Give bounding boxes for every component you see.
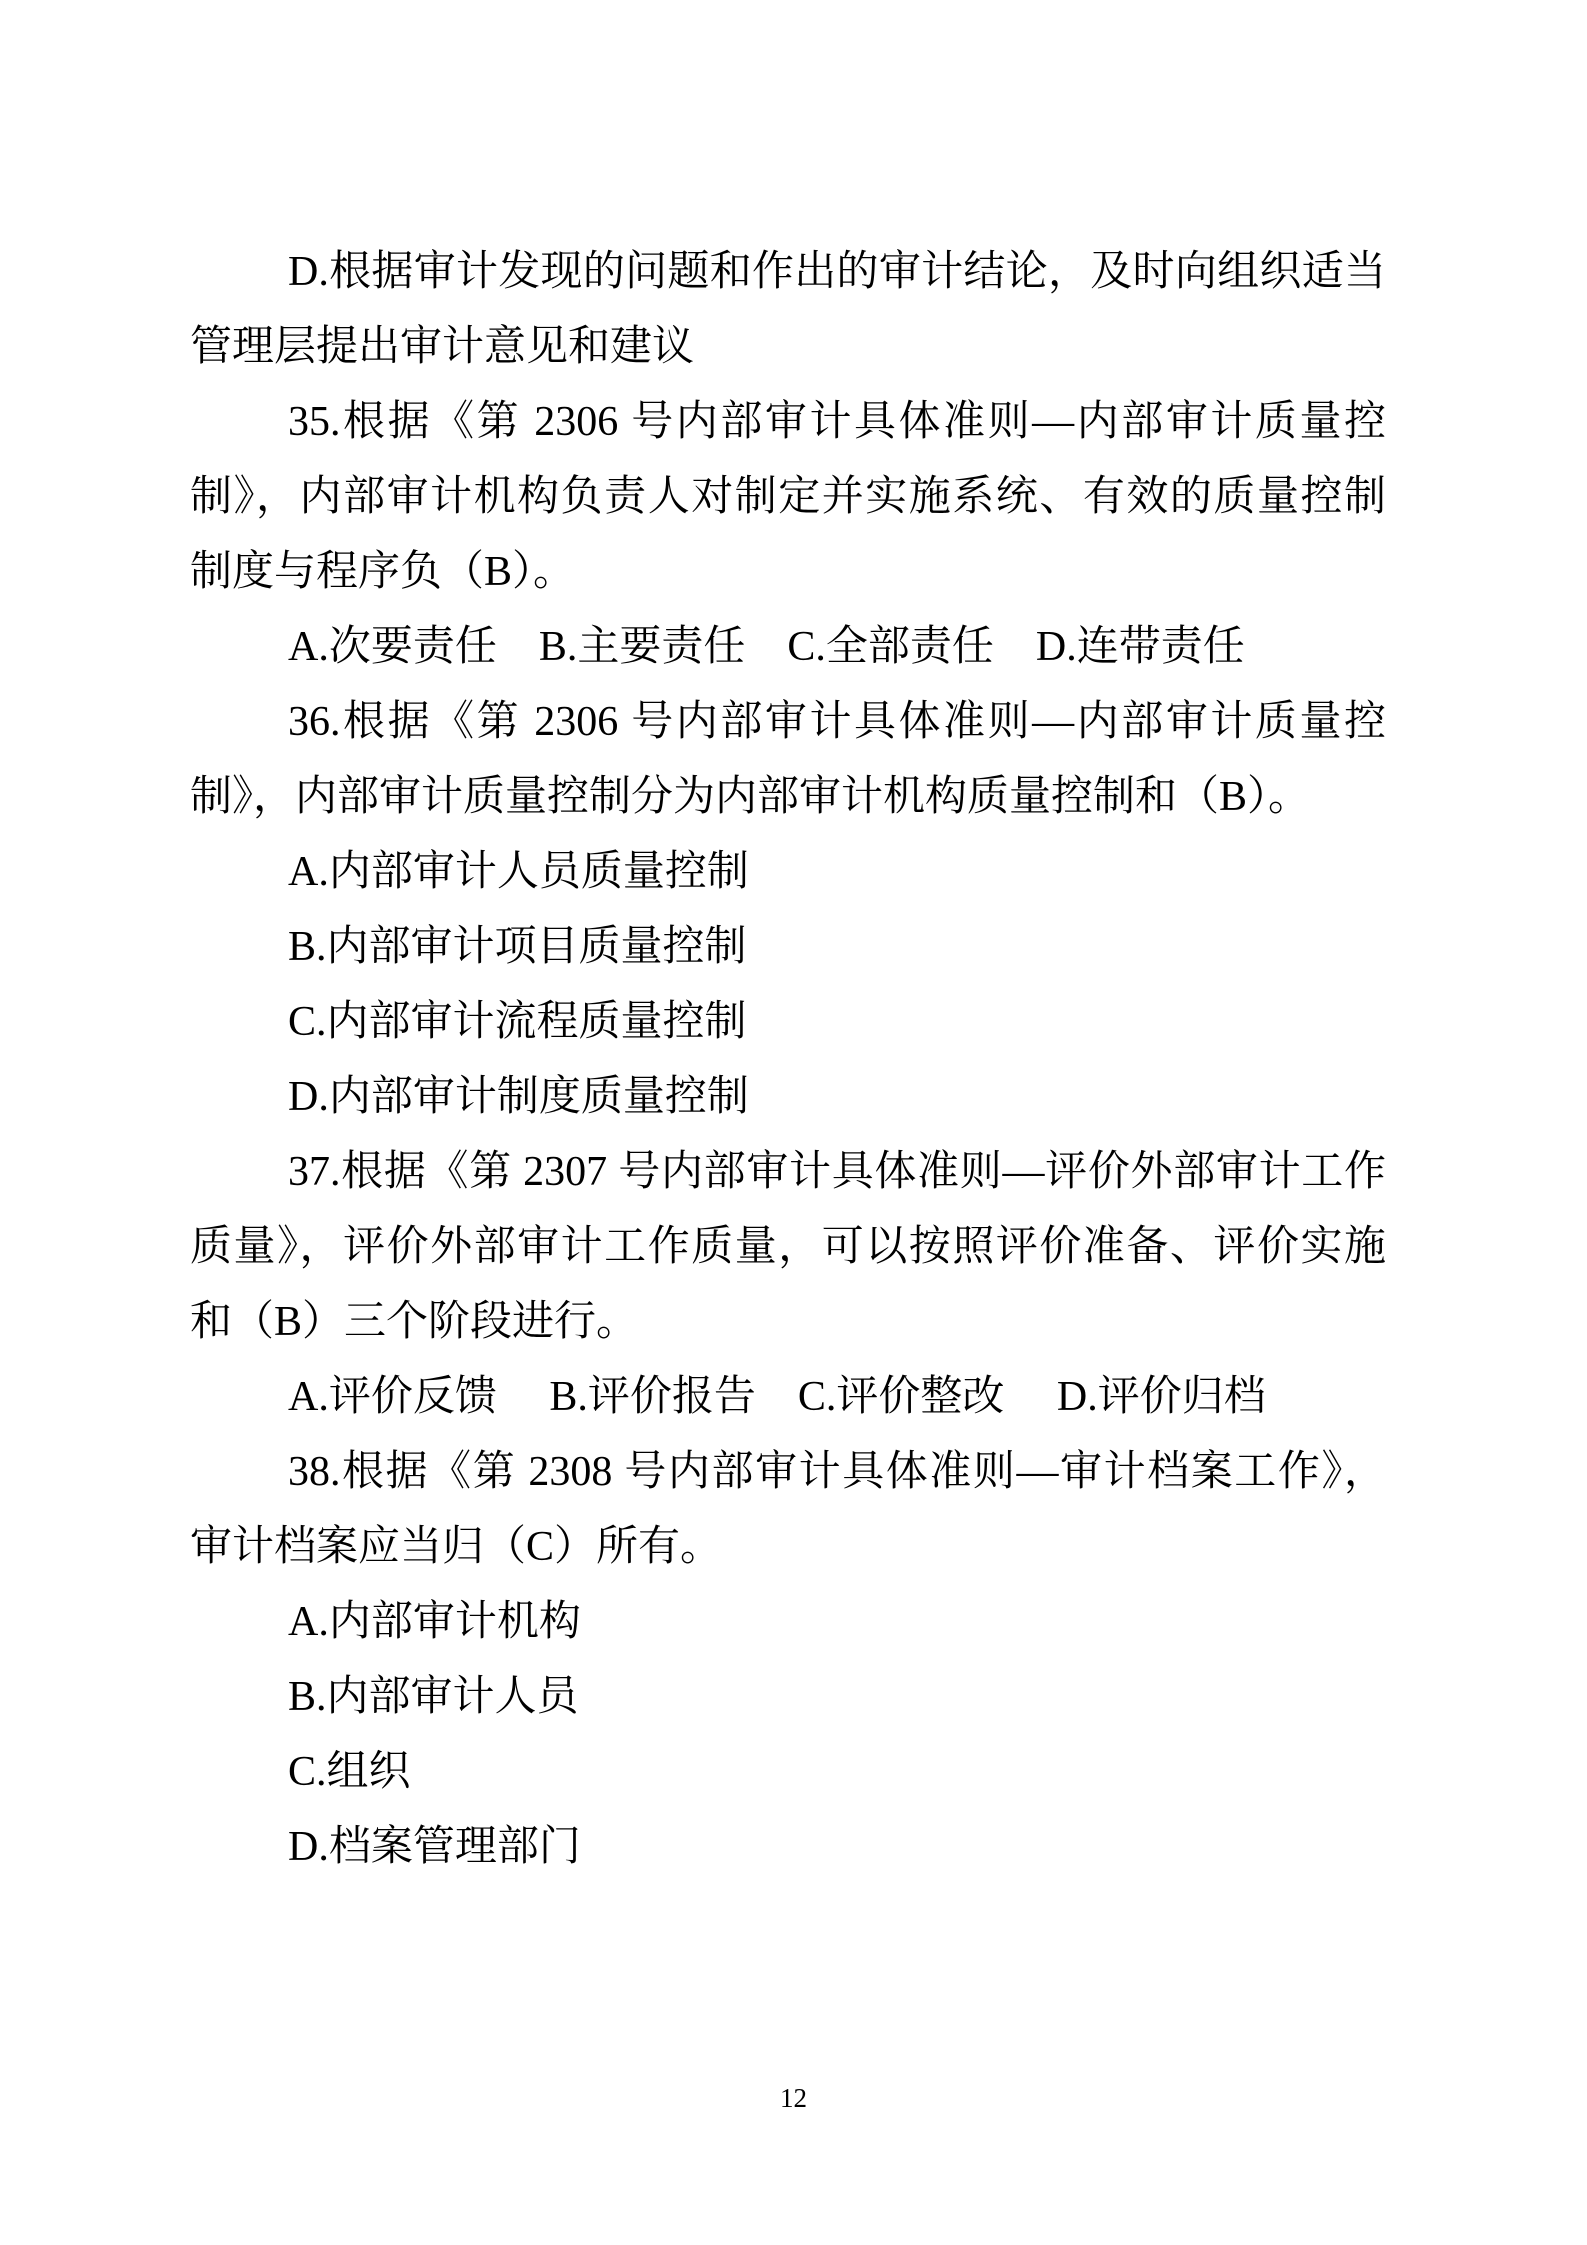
q36-stem-line-1: 36.根据《第 2306 号内部审计具体准则—内部审计质量控 xyxy=(190,685,1386,760)
question-text-block: D.根据审计发现的问题和作出的审计结论，及时向组织适当 管理层提出审计意见和建议… xyxy=(190,235,1386,1885)
q36-stem-line-2: 制》，内部审计质量控制分为内部审计机构质量控制和（B）。 xyxy=(190,760,1386,835)
q36-option-d: D.内部审计制度质量控制 xyxy=(190,1060,1386,1135)
q36-option-a: A.内部审计人员质量控制 xyxy=(190,835,1386,910)
q36-option-b: B.内部审计项目质量控制 xyxy=(190,910,1386,985)
q35-stem-line-3: 制度与程序负（B）。 xyxy=(190,535,1386,610)
q36-option-c: C.内部审计流程质量控制 xyxy=(190,985,1386,1060)
q38-stem-line-1: 38.根据《第 2308 号内部审计具体准则—审计档案工作》， xyxy=(190,1435,1386,1510)
q38-option-a: A.内部审计机构 xyxy=(190,1585,1386,1660)
prev-option-d-line-1: D.根据审计发现的问题和作出的审计结论，及时向组织适当 xyxy=(190,235,1386,310)
q37-stem-line-3: 和（B）三个阶段进行。 xyxy=(190,1285,1386,1360)
q38-stem-line-2: 审计档案应当归（C）所有。 xyxy=(190,1510,1386,1585)
document-page: D.根据审计发现的问题和作出的审计结论，及时向组织适当 管理层提出审计意见和建议… xyxy=(0,0,1587,2245)
q35-stem-line-1: 35.根据《第 2306 号内部审计具体准则—内部审计质量控 xyxy=(190,385,1386,460)
q37-stem-line-2: 质量》，评价外部审计工作质量，可以按照评价准备、评价实施 xyxy=(190,1210,1386,1285)
q38-option-c: C.组织 xyxy=(190,1735,1386,1810)
q38-option-b: B.内部审计人员 xyxy=(190,1660,1386,1735)
page-number: 12 xyxy=(0,2082,1587,2114)
q35-stem-line-2: 制》，内部审计机构负责人对制定并实施系统、有效的质量控制 xyxy=(190,460,1386,535)
prev-option-d-line-2: 管理层提出审计意见和建议 xyxy=(190,310,1386,385)
q37-stem-line-1: 37.根据《第 2307 号内部审计具体准则—评价外部审计工作 xyxy=(190,1135,1386,1210)
q37-options-line: A.评价反馈 B.评价报告 C.评价整改 D.评价归档 xyxy=(190,1360,1386,1435)
q38-option-d: D.档案管理部门 xyxy=(190,1810,1386,1885)
q35-options-line: A.次要责任 B.主要责任 C.全部责任 D.连带责任 xyxy=(190,610,1386,685)
